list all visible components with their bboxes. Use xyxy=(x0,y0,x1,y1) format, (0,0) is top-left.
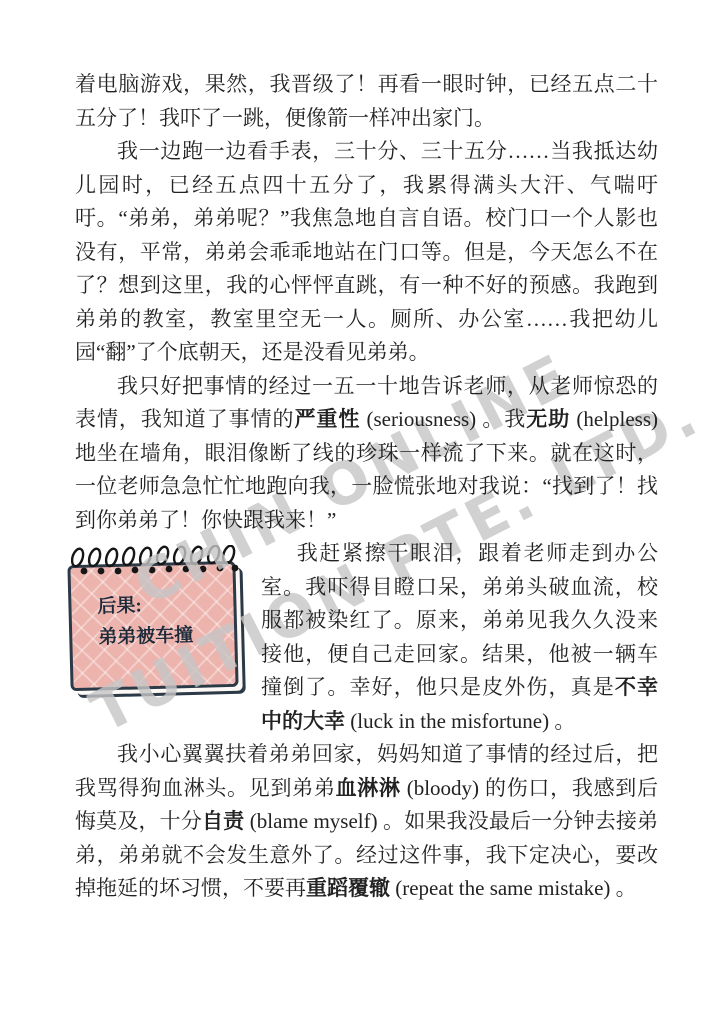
vocabulary-bold-run: 严重性 xyxy=(294,407,360,431)
text-run: 我赶紧擦干眼泪，跟着老师走到办公室。我吓得目瞪口呆，弟弟头破血流，校服都被染红了… xyxy=(261,541,658,699)
paragraph: 我小心翼翼扶着弟弟回家，妈妈知道了事情的经过后，把我骂得狗血淋头。见到弟弟血淋淋… xyxy=(75,738,658,906)
text-run: (repeat the same mistake) 。 xyxy=(390,876,637,900)
paragraph: 我赶紧擦干眼泪，跟着老师走到办公室。我吓得目瞪口呆，弟弟头破血流，校服都被染红了… xyxy=(75,537,658,738)
text-run: 我一边跑一边看手表，三十分、三十五分……当我抵达幼儿园时，已经五点四十五分了，我… xyxy=(75,139,658,364)
text-run: (luck in the misfortune) 。 xyxy=(345,709,575,733)
vocabulary-bold-run: 无助 xyxy=(526,407,570,431)
paragraph: 我只好把事情的经过一五一十地告诉老师，从老师惊恐的表情，我知道了事情的严重性 (… xyxy=(75,370,658,538)
vocabulary-bold-run: 自责 xyxy=(202,809,244,833)
vocabulary-bold-run: 血淋淋 xyxy=(336,776,401,800)
document-page: CHIN ONLINE TUITION PTE. LTD. 着电脑游戏，果然，我… xyxy=(0,0,724,1024)
essay-text-column: 着电脑游戏，果然，我晋级了！再看一眼时钟，已经五点二十五分了！我吓了一跳，便像箭… xyxy=(75,68,658,906)
text-run: (seriousness) 。我 xyxy=(360,407,526,431)
paragraph: 我一边跑一边看手表，三十分、三十五分……当我抵达幼儿园时，已经五点四十五分了，我… xyxy=(75,135,658,370)
paragraph: 着电脑游戏，果然，我晋级了！再看一眼时钟，已经五点二十五分了！我吓了一跳，便像箭… xyxy=(75,68,658,135)
paragraph-with-notepad: 后果: 弟弟被车撞 我赶紧擦干眼泪，跟着老师走到办公室。我吓得目瞪口呆，弟弟头破… xyxy=(75,537,658,738)
vocabulary-bold-run: 重蹈覆辙 xyxy=(306,876,390,900)
text-run: 着电脑游戏，果然，我晋级了！再看一眼时钟，已经五点二十五分了！我吓了一跳，便像箭… xyxy=(75,72,658,130)
